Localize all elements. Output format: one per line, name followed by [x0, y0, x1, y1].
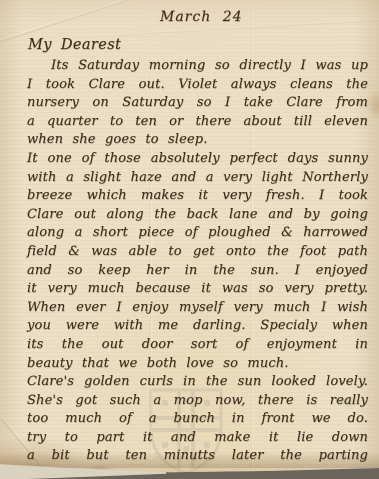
- letter-line: along a short piece of ploughed & harrow…: [27, 224, 368, 243]
- letter-line: when she goes to sleep.: [27, 131, 368, 150]
- letter-line: Clare's golden curls in the sun looked l…: [27, 373, 368, 392]
- letter-line: a bit but ten minutts later the parting: [27, 447, 368, 466]
- letter-line: too much of a bunch in front we do.: [27, 410, 368, 429]
- letter-paper: March 24 My Dearest Its Saturday morning…: [0, 0, 379, 479]
- letter-line: I took Clare out. Violet always cleans t…: [27, 76, 368, 95]
- letter-line: It one of those absolutely perfect days …: [27, 150, 368, 169]
- letter-line: you were with me darling. Specialy when: [27, 317, 368, 336]
- letter-line: breeze which makes it very fresh. I took: [27, 187, 368, 206]
- letter-date: March 24: [160, 9, 243, 25]
- letter-line: field & was able to get onto the foot pa…: [27, 243, 368, 262]
- letter-line: with a slight haze and a very light Nort…: [27, 169, 368, 188]
- letter-body: Its Saturday morning so directly I was u…: [27, 57, 368, 466]
- letter-line: and so keep her in the sun. I enjoyed: [27, 262, 368, 281]
- letter-line: When ever I enjoy myself very much I wis…: [27, 299, 368, 318]
- letter-line: its the out door sort of enjoyment in: [27, 336, 368, 355]
- letter-line: She's got such a mop now, there is reall…: [27, 392, 368, 411]
- paper-crease: [118, 18, 379, 35]
- letter-line: a quarter to ten or there about till ele…: [27, 113, 368, 132]
- letter-line: try to part it and make it lie down: [27, 429, 368, 448]
- letter-line: beauty that we both love so much.: [27, 355, 368, 374]
- letter-line: nursery on Saturday so I take Clare from: [27, 94, 368, 113]
- letter-line: Clare out along the back lane and by goi…: [27, 206, 368, 225]
- letter-line: Its Saturday morning so directly I was u…: [27, 57, 368, 76]
- letter-salutation: My Dearest: [28, 37, 121, 53]
- letter-line: it very much because it was so very pret…: [27, 280, 368, 299]
